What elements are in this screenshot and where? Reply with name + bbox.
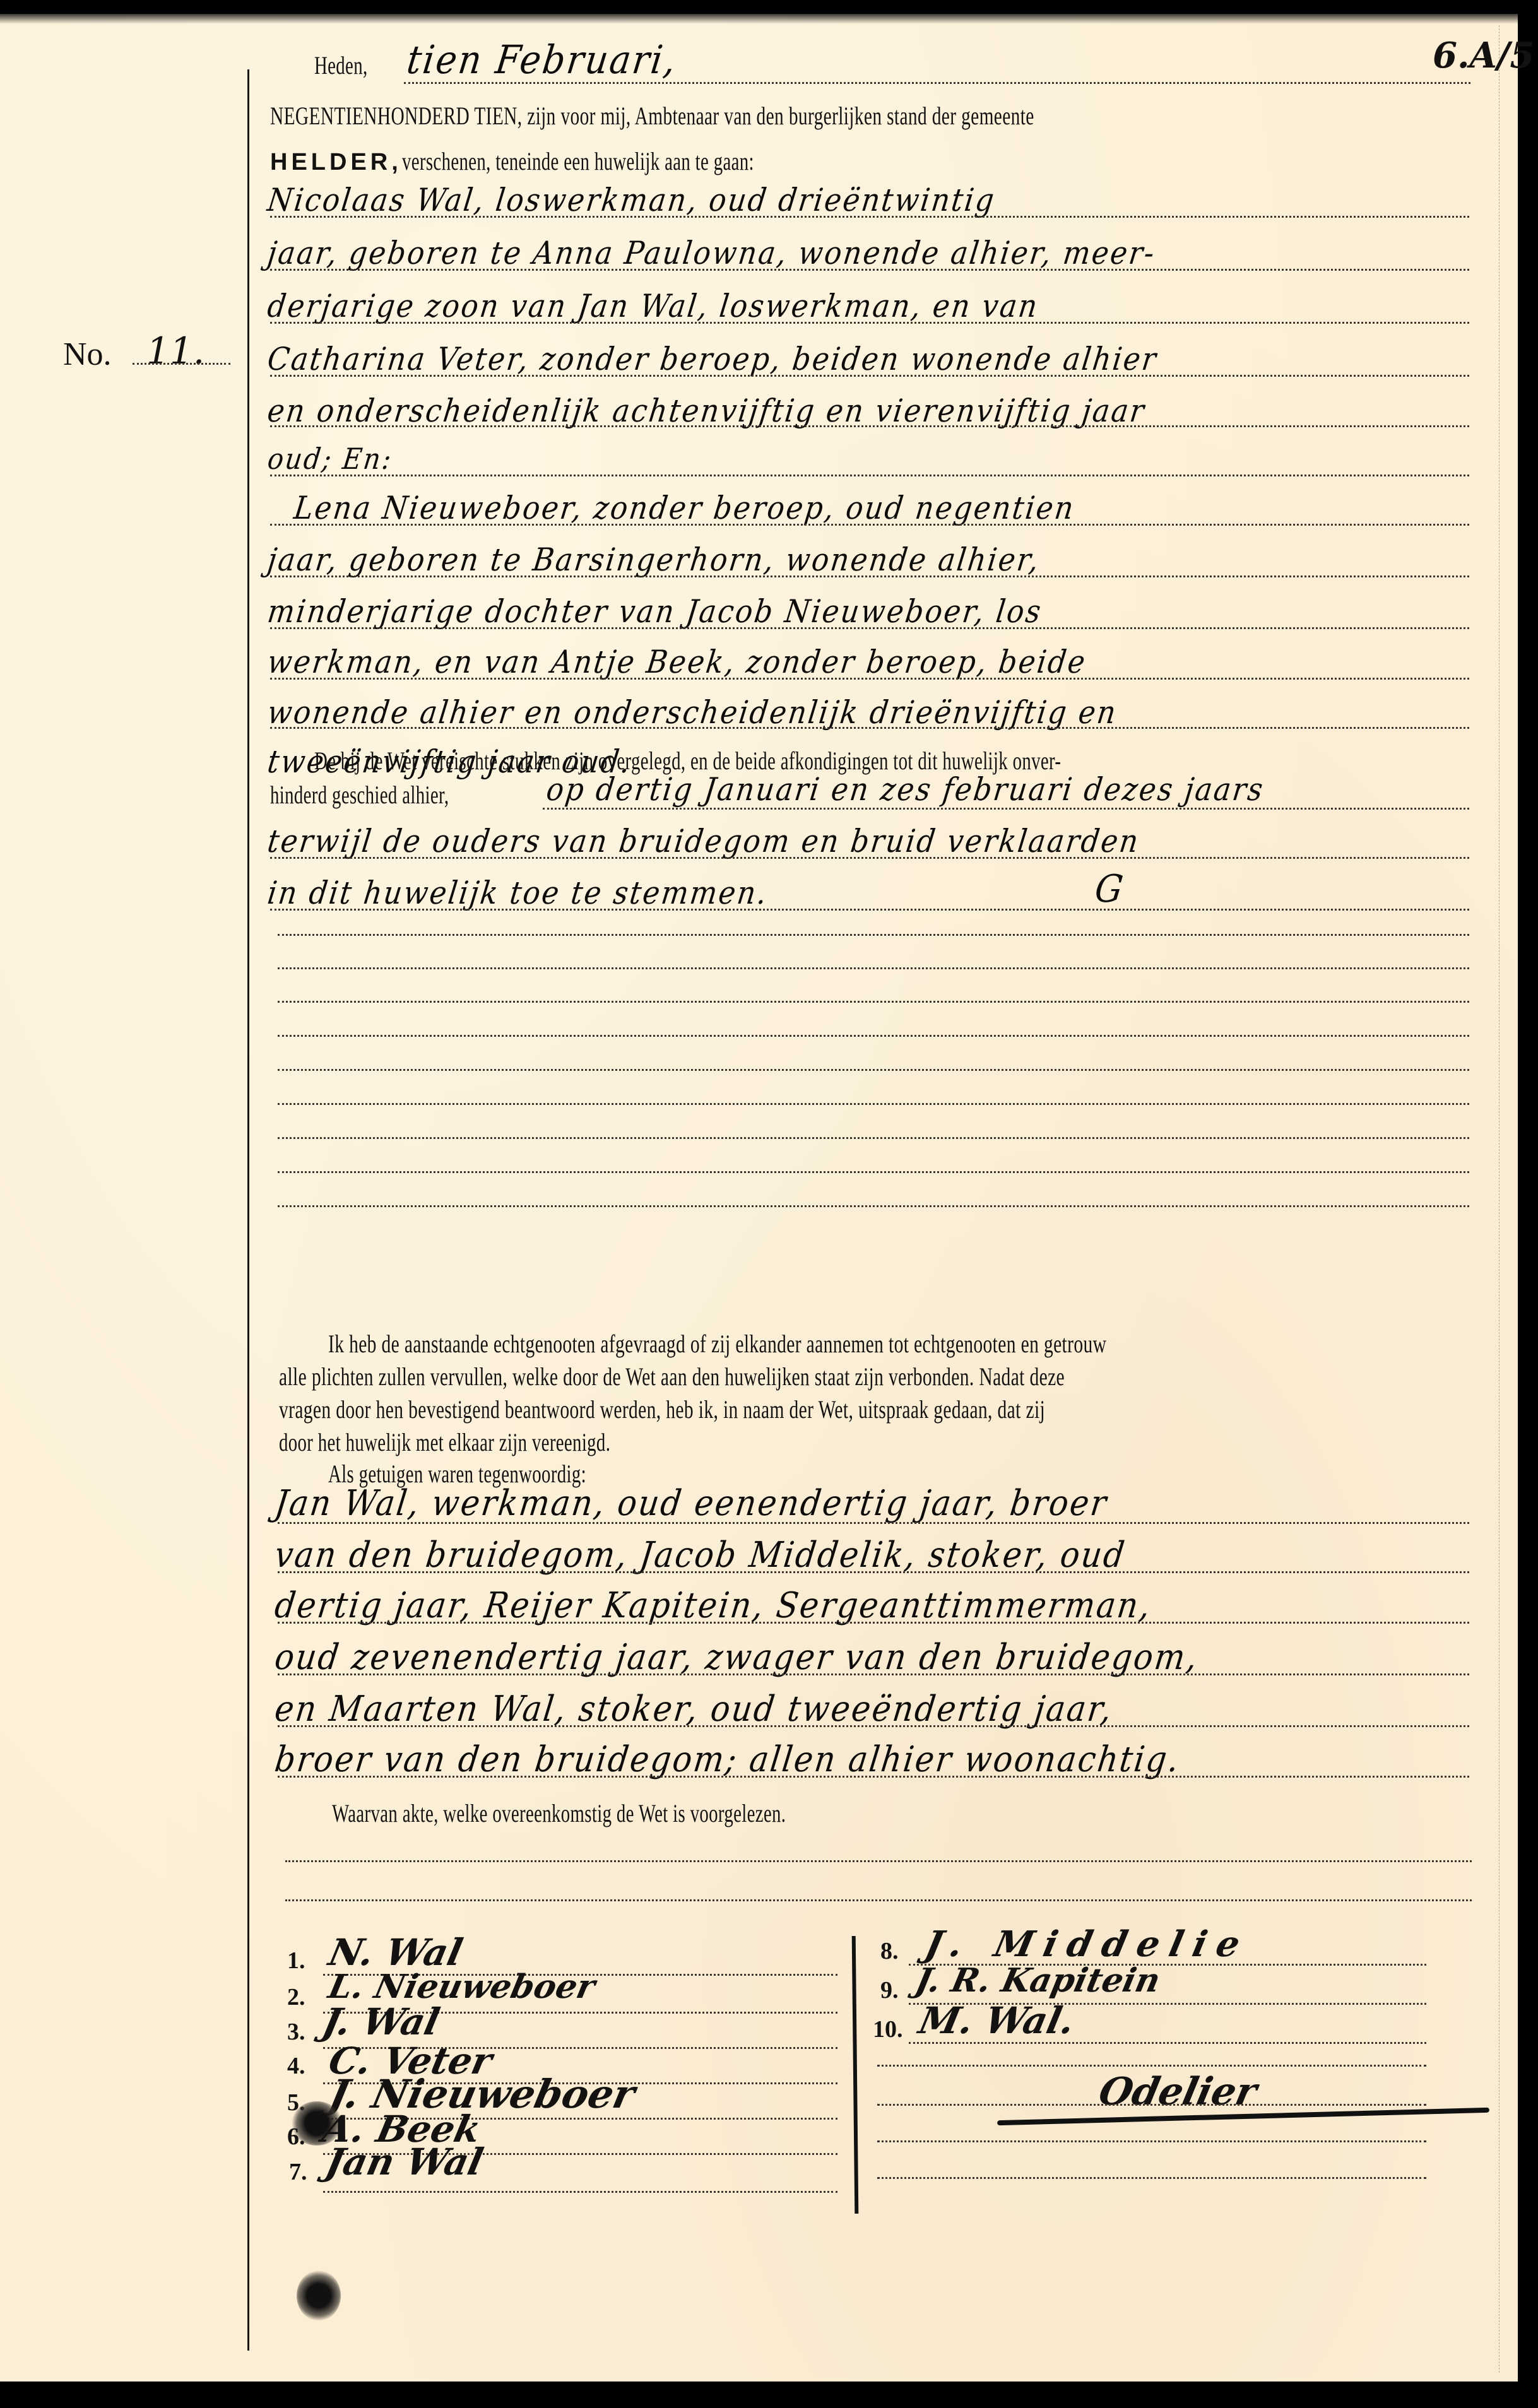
parties-line: Lena Nieuweboer, zonder beroep, oud nege… (292, 490, 1077, 526)
dotline (270, 475, 1469, 476)
dotline (270, 425, 1469, 427)
dotline (543, 808, 1469, 810)
signature-number: 4. (287, 2052, 305, 2080)
dotline (270, 857, 1469, 859)
signature: Jan Wal (322, 2140, 487, 2183)
dotline (270, 322, 1469, 324)
witness-line: en Maarten Wal, stoker, oud tweeëndertig… (273, 1689, 1116, 1730)
declaration-line: door het huwelijk met elkaar zijn vereen… (279, 1427, 610, 1457)
page-right-edge (1499, 25, 1501, 2373)
date-dotline (404, 82, 1470, 84)
dotline (270, 727, 1469, 729)
empty-dotline (278, 1171, 1469, 1173)
dotline (270, 216, 1469, 218)
signature-number: 9. (880, 1976, 899, 2004)
empty-dotline (278, 1205, 1469, 1207)
signature-number: 7. (289, 2158, 307, 2186)
empty-dotline (285, 1860, 1472, 1862)
dotline (270, 375, 1469, 377)
witness-line: Jan Wal, werkman, oud eenendertig jaar, … (273, 1483, 1110, 1524)
dotline (278, 1673, 1469, 1675)
empty-dotline (278, 934, 1469, 936)
declaration-line: Ik heb de aanstaande echtgenooten afgevr… (328, 1329, 1106, 1359)
dotline (270, 269, 1469, 271)
dotline (278, 1776, 1469, 1778)
parties-line: jaar, geboren te Barsingerhorn, wonende … (266, 541, 1043, 578)
intro-line-3: HELDER, verschenen, teneinde een huwelij… (270, 146, 891, 176)
empty-dotline (278, 1069, 1469, 1071)
dotline (270, 909, 1469, 911)
act-number-value: 11. (146, 329, 204, 372)
parties-line: Nicolaas Wal, loswerkman, oud drieëntwin… (266, 182, 998, 218)
empty-dotline (278, 1137, 1469, 1139)
parties-line: derjarige zoon van Jan Wal, loswerkman, … (266, 288, 1041, 324)
dotline (278, 1571, 1469, 1573)
folio-number: 6.A/5 (1433, 35, 1534, 76)
act-number-dotline (133, 363, 230, 365)
publications-handwritten: in dit huwelijk toe te stemmen. (266, 875, 771, 911)
parties-line: wonende alhier en onderscheidenlijk drie… (266, 694, 1120, 731)
closing-statement: Waarvan akte, welke overeenkomstig de We… (332, 1798, 786, 1828)
municipality-name: HELDER, (270, 149, 402, 176)
dotline (270, 627, 1469, 629)
dotline (270, 524, 1469, 526)
declaration-line: vragen door hen bevestigend beantwoord w… (279, 1395, 1045, 1424)
dotline (278, 1522, 1469, 1524)
dotline (278, 1622, 1469, 1624)
publications-line-2: hinderd geschied alhier, (270, 780, 449, 810)
empty-dotline (877, 2177, 1426, 2179)
heden-label: Heden, (314, 50, 368, 80)
dotline (909, 2042, 1426, 2044)
signature-number: 8. (880, 1937, 899, 1965)
publications-handwritten: op dertig Januari en zes februari dezes … (545, 771, 1267, 808)
empty-dotline (877, 2065, 1426, 2067)
empty-dotline (285, 1899, 1472, 1901)
publications-handwritten: terwijl de ouders van bruidegom en bruid… (266, 823, 1142, 859)
page-top-edge (0, 14, 1518, 24)
signature-number: 10. (873, 2016, 903, 2043)
parties-line: werkman, en van Antje Beek, zonder beroe… (266, 644, 1089, 680)
empty-dotline (278, 967, 1469, 969)
empty-dotline (877, 2104, 1426, 2106)
empty-dotline (278, 1035, 1469, 1037)
intro-line-3-rest: verschenen, teneinde een huwelijk aan te… (402, 146, 754, 176)
act-number-label: No. (63, 336, 112, 373)
dotline (270, 575, 1469, 577)
ink-blot (297, 2270, 341, 2321)
signature-number: 3. (287, 2018, 305, 2046)
parties-line: en onderscheidenlijk achtenvijftig en vi… (266, 392, 1148, 429)
dotline (278, 1725, 1469, 1727)
parties-line: oud; En: (266, 442, 394, 476)
signature: J. Middelie (921, 1923, 1254, 1965)
dotline (270, 678, 1469, 680)
signature: J. Wal (319, 2000, 444, 2043)
signature-number: 2. (287, 1983, 305, 2011)
parties-line: Catharina Veter, zonder beroep, beiden w… (266, 341, 1160, 377)
witness-line: van den bruidegom, Jacob Middelik, stoke… (273, 1535, 1128, 1576)
registrar-signature: Odelier (1095, 2070, 1261, 2114)
empty-dotline (877, 2140, 1426, 2142)
witness-line: oud zevenendertig jaar, zwager van den b… (273, 1637, 1201, 1678)
witness-line: broer van den bruidegom; allen alhier wo… (273, 1739, 1183, 1780)
parties-line: jaar, geboren te Anna Paulowna, wonende … (266, 235, 1158, 271)
dotline (323, 2191, 837, 2193)
signature-number: 1. (287, 1947, 305, 1974)
declaration-line: alle plichten zullen vervullen, welke do… (279, 1362, 1065, 1391)
witness-line: dertig jaar, Reijer Kapitein, Sergeantti… (273, 1585, 1154, 1626)
empty-dotline (278, 1103, 1469, 1105)
date-handwritten: tien Februari, (405, 37, 680, 83)
margin-rule (247, 69, 249, 2351)
signature: J. R. Kapitein (912, 1961, 1164, 2000)
signature: M. Wal. (915, 1999, 1079, 2042)
empty-dotline (278, 1001, 1469, 1003)
registrar-paraph: G (1092, 867, 1127, 911)
parties-line: minderjarige dochter van Jacob Nieuweboe… (266, 593, 1044, 630)
signature-number: 6. (287, 2123, 305, 2151)
intro-line-2: NEGENTIENHONDERD TIEN, zijn voor mij, Am… (270, 101, 1034, 131)
